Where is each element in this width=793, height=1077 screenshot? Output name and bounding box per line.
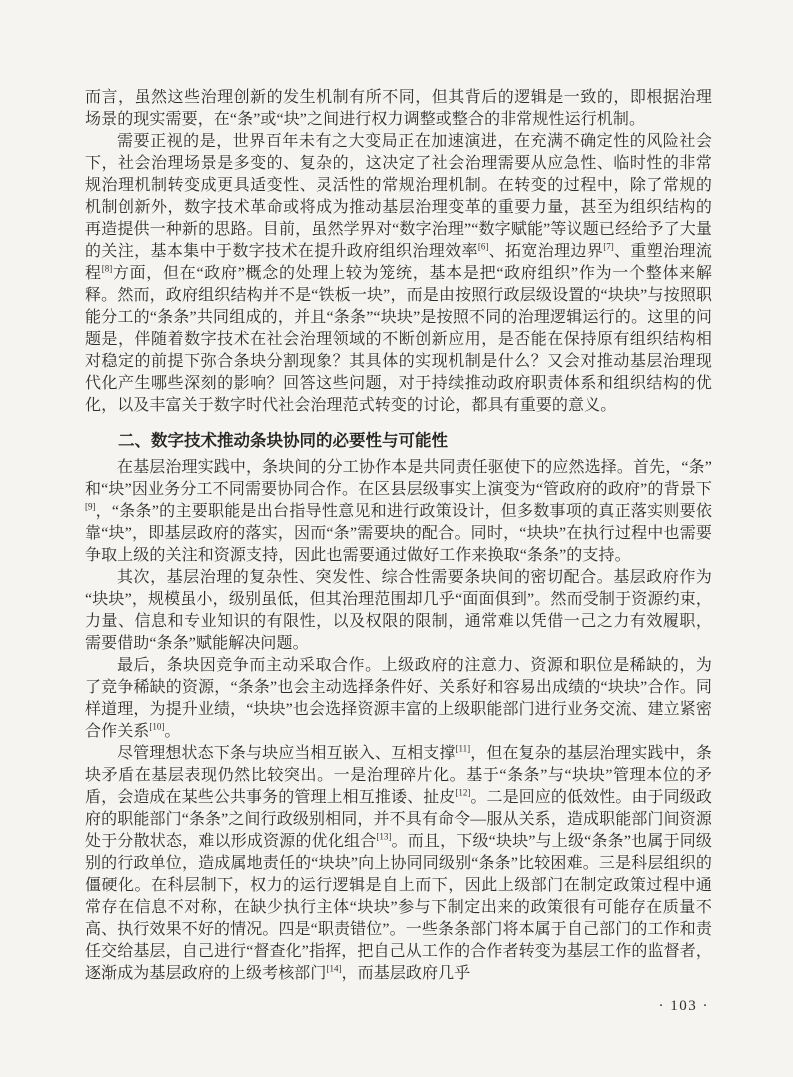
- text-column: 而言，虽然这些治理创新的发生机制有所不同，但其背后的逻辑是一致的，即根据治理场景…: [85, 87, 712, 985]
- section-heading: 二、数字技术推动条块协同的必要性与可能性: [85, 429, 712, 453]
- footnote-reference: [6]: [478, 242, 489, 252]
- body-paragraph: 需要正视的是，世界百年未有之大变局正在加速演进，在充满不确定性的风险社会下，社会…: [85, 131, 712, 417]
- footnote-reference: [12]: [455, 788, 470, 798]
- footnote-reference: [9]: [85, 502, 96, 512]
- body-paragraph: 尽管理想状态下条与块应当相互嵌入、互相支撑[11]，但在复杂的基层治理实践中，条…: [85, 743, 712, 985]
- document-page: 而言，虽然这些治理创新的发生机制有所不同，但其背后的逻辑是一致的，即根据治理场景…: [0, 0, 793, 1077]
- footnote-reference: [10]: [149, 722, 164, 732]
- footnote-reference: [14]: [327, 964, 342, 974]
- page-number: · 103 ·: [659, 998, 710, 1015]
- body-paragraph: 而言，虽然这些治理创新的发生机制有所不同，但其背后的逻辑是一致的，即根据治理场景…: [85, 87, 712, 131]
- body-paragraph: 在基层治理实践中，条块间的分工协作本是共同责任驱使下的应然选择。首先，“条”和“…: [85, 457, 712, 567]
- footnote-reference: [7]: [603, 242, 614, 252]
- body-paragraph: 其次，基层治理的复杂性、突发性、综合性需要条块间的密切配合。基层政府作为“块块”…: [85, 567, 712, 655]
- footnote-reference: [13]: [376, 832, 391, 842]
- footnote-reference: [8]: [102, 264, 113, 274]
- footnote-reference: [11]: [456, 744, 471, 754]
- body-paragraph: 最后，条块因竞争而主动采取合作。上级政府的注意力、资源和职位是稀缺的，为了竞争稀…: [85, 655, 712, 743]
